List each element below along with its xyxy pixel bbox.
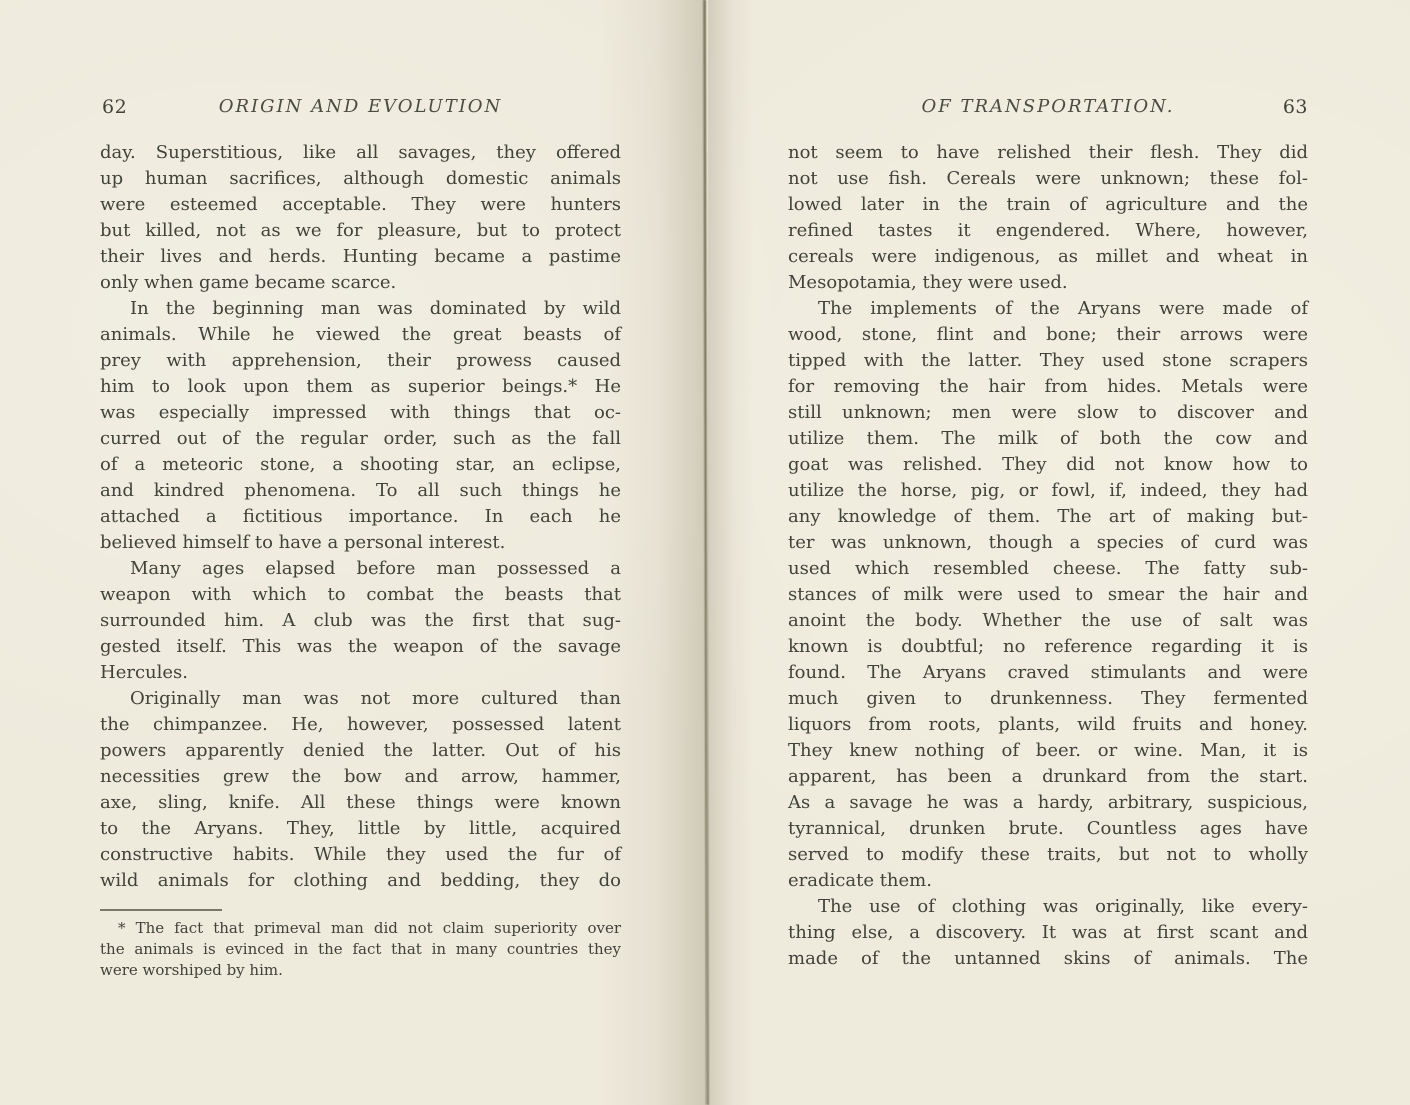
text-line: for removing the hair from hides. Metals… (788, 374, 1308, 400)
text-line: were esteemed acceptable. They were hunt… (100, 192, 621, 218)
text-line: believed himself to have a personal inte… (100, 530, 621, 556)
page-62: 62 ORIGIN AND EVOLUTION day. Superstitio… (100, 96, 621, 122)
text-line: axe, sling, knife. All these things were… (100, 790, 621, 816)
text-line: surrounded him. A club was the first tha… (100, 608, 621, 634)
text-line: Originally man was not more cultured tha… (100, 686, 621, 712)
running-title-right: OF TRANSPORTATION. (788, 96, 1308, 117)
text-line: utilize the horse, pig, or fowl, if, ind… (788, 478, 1308, 504)
text-line: necessities grew the bow and arrow, hamm… (100, 764, 621, 790)
text-line: weapon with which to combat the beasts t… (100, 582, 621, 608)
text-line: made of the untanned skins of animals. T… (788, 946, 1308, 972)
text-line: up human sacrifices, although domestic a… (100, 166, 621, 192)
text-line: still unknown; men were slow to discover… (788, 400, 1308, 426)
text-line: ter was unknown, though a species of cur… (788, 530, 1308, 556)
text-line: served to modify these traits, but not t… (788, 842, 1308, 868)
page-63: OF TRANSPORTATION. 63 not seem to have r… (788, 96, 1308, 122)
running-title-left: ORIGIN AND EVOLUTION (100, 96, 621, 117)
text-line: day. Superstitious, like all savages, th… (100, 140, 621, 166)
text-line: the animals is evinced in the fact that … (100, 939, 621, 960)
text-line: * The fact that primeval man did not cla… (100, 918, 621, 939)
footnote-rule (100, 909, 222, 911)
text-line: attached a fictitious importance. In eac… (100, 504, 621, 530)
text-line: but killed, not as we for pleasure, but … (100, 218, 621, 244)
text-line: constructive habits. While they used the… (100, 842, 621, 868)
text-line: thing else, a discovery. It was at first… (788, 920, 1308, 946)
text-line: curred out of the regular order, such as… (100, 426, 621, 452)
text-line: of a meteoric stone, a shooting star, an… (100, 452, 621, 478)
text-line: to the Aryans. They, little by little, a… (100, 816, 621, 842)
text-line: stances of milk were used to smear the h… (788, 582, 1308, 608)
text-line: were worshiped by him. (100, 960, 621, 981)
text-line: known is doubtful; no reference regardin… (788, 634, 1308, 660)
text-line: tipped with the latter. They used stone … (788, 348, 1308, 374)
text-line: utilize them. The milk of both the cow a… (788, 426, 1308, 452)
running-head-left: 62 ORIGIN AND EVOLUTION (100, 96, 621, 122)
text-line: powers apparently denied the latter. Out… (100, 738, 621, 764)
text-line: liquors from roots, plants, wild fruits … (788, 712, 1308, 738)
text-line: the chimpanzee. He, however, possessed l… (100, 712, 621, 738)
text-line: wood, stone, flint and bone; their arrow… (788, 322, 1308, 348)
body-text-left: day. Superstitious, like all savages, th… (100, 140, 621, 894)
text-line: not seem to have relished their flesh. T… (788, 140, 1308, 166)
text-line: cereals were indigenous, as millet and w… (788, 244, 1308, 270)
text-line: prey with apprehension, their prowess ca… (100, 348, 621, 374)
page-number-left: 62 (102, 96, 127, 118)
gutter-shadow-right (708, 0, 754, 1105)
text-line: used which resembled cheese. The fatty s… (788, 556, 1308, 582)
text-line: apparent, has been a drunkard from the s… (788, 764, 1308, 790)
text-line: Hercules. (100, 660, 621, 686)
text-line: Many ages elapsed before man possessed a (100, 556, 621, 582)
text-line: Mesopotamia, they were used. (788, 270, 1308, 296)
text-line: any knowledge of them. The art of making… (788, 504, 1308, 530)
text-line: not use fish. Cereals were unknown; thes… (788, 166, 1308, 192)
text-line: wild animals for clothing and bedding, t… (100, 868, 621, 894)
text-line: was especially impressed with things tha… (100, 400, 621, 426)
footnote: * The fact that primeval man did not cla… (100, 918, 621, 981)
text-line: refined tastes it engendered. Where, how… (788, 218, 1308, 244)
text-line: gested itself. This was the weapon of th… (100, 634, 621, 660)
text-line: tyrannical, drunken brute. Countless age… (788, 816, 1308, 842)
text-line: lowed later in the train of agriculture … (788, 192, 1308, 218)
text-line: only when game became scarce. (100, 270, 621, 296)
text-line: As a savage he was a hardy, arbitrary, s… (788, 790, 1308, 816)
body-text-right: not seem to have relished their flesh. T… (788, 140, 1308, 972)
text-line: found. The Aryans craved stimulants and … (788, 660, 1308, 686)
running-head-right: OF TRANSPORTATION. 63 (788, 96, 1308, 122)
text-line: The implements of the Aryans were made o… (788, 296, 1308, 322)
text-line: much given to drunkenness. They fermente… (788, 686, 1308, 712)
page-number-right: 63 (1283, 96, 1308, 118)
text-line: In the beginning man was dominated by wi… (100, 296, 621, 322)
text-line: The use of clothing was originally, like… (788, 894, 1308, 920)
text-line: him to look upon them as superior beings… (100, 374, 621, 400)
text-line: animals. While he viewed the great beast… (100, 322, 621, 348)
text-line: and kindred phenomena. To all such thing… (100, 478, 621, 504)
book-spread: 62 ORIGIN AND EVOLUTION day. Superstitio… (0, 0, 1410, 1105)
text-line: anoint the body. Whether the use of salt… (788, 608, 1308, 634)
text-line: goat was relished. They did not know how… (788, 452, 1308, 478)
text-line: eradicate them. (788, 868, 1308, 894)
text-line: their lives and herds. Hunting became a … (100, 244, 621, 270)
text-line: They knew nothing of beer. or wine. Man,… (788, 738, 1308, 764)
